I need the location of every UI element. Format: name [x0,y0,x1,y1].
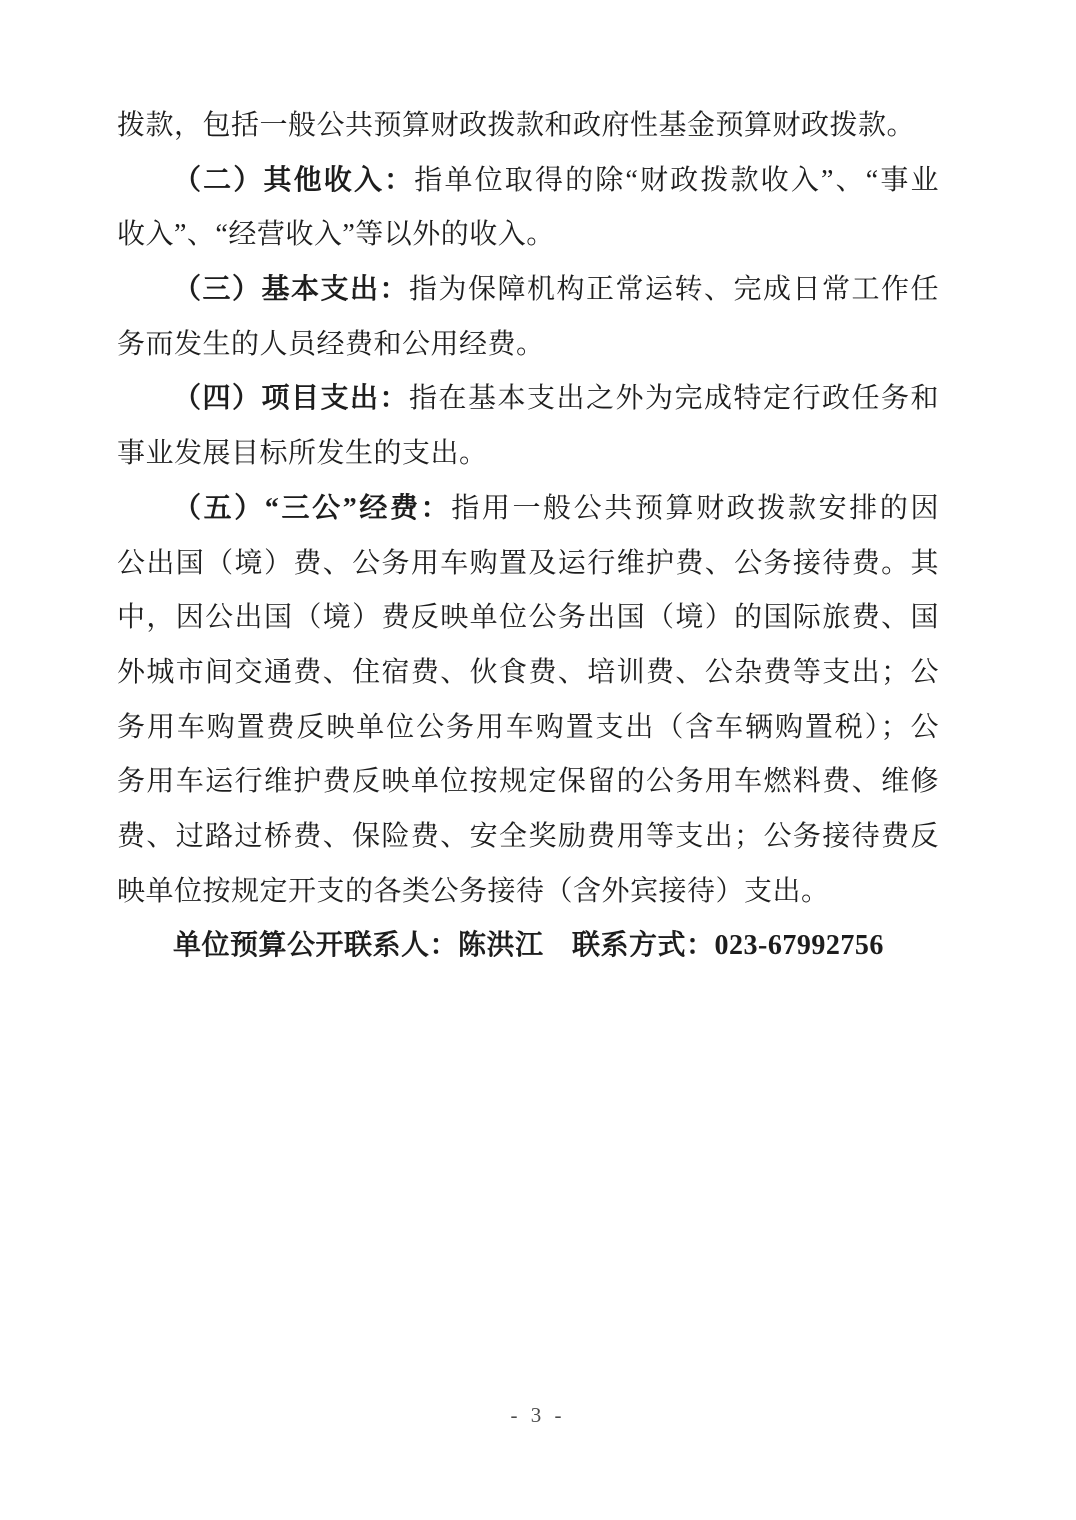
text-line: 费、过路过桥费、保险费、安全奖励费用等支出；公务接待费反 [117,810,939,865]
text-line: 务用车运行维护费反映单位按规定保留的公务用车燃料费、维修 [117,755,939,810]
line-text: 映单位按规定开支的各类公务接待（含外宾接待）支出。 [117,876,830,907]
text-line-paragraph-start: （五）“三公”经费：指用一般公共预算财政拨款安排的因 [117,482,939,537]
text-line: 拨款，包括一般公共预算财政拨款和政府性基金预算财政拨款。 [117,99,939,154]
text-line-paragraph-start: （三）基本支出：指为保障机构正常运转、完成日常工作任 [117,263,939,318]
line-text: 中，因公出国（境）费反映单位公务出国（境）的国际旅费、国 [117,602,939,633]
line-text: 公出国（境）费、公务用车购置及运行维护费、公务接待费。其 [117,548,939,579]
line-text: 务用车运行维护费反映单位按规定保留的公务用车燃料费、维修 [117,766,939,797]
contact-line: 单位预算公开联系人：陈洪江 联系方式：023-67992756 [117,919,939,974]
line-text: 务用车购置费反映单位公务用车购置支出（含车辆购置税）；公 [117,712,939,743]
text-line: 公出国（境）费、公务用车购置及运行维护费、公务接待费。其 [117,537,939,592]
line-bold-label: （三）基本支出： [173,274,409,305]
text-line: 映单位按规定开支的各类公务接待（含外宾接待）支出。 [117,865,939,920]
line-bold-label: （四）项目支出： [173,383,409,414]
line-text: 收入”、“经营收入”等以外的收入。 [117,219,555,250]
document-page: 拨款，包括一般公共预算财政拨款和政府性基金预算财政拨款。 （二）其他收入：指单位… [0,0,1076,1520]
line-text: 费、过路过桥费、保险费、安全奖励费用等支出；公务接待费反 [117,821,939,852]
text-line: 务用车购置费反映单位公务用车购置支出（含车辆购置税）；公 [117,701,939,756]
contact-text: 单位预算公开联系人：陈洪江 联系方式：023-67992756 [173,930,884,961]
line-text: 指在基本支出之外为完成特定行政任务和 [409,383,939,414]
line-text: 指用一般公共预算财政拨款安排的因 [451,493,939,524]
line-text: 务而发生的人员经费和公用经费。 [117,329,545,360]
line-bold-label: （二）其他收入： [173,165,414,196]
line-text: 外城市间交通费、住宿费、伙食费、培训费、公杂费等支出；公 [117,657,939,688]
text-line: 收入”、“经营收入”等以外的收入。 [117,208,939,263]
line-text: 指为保障机构正常运转、完成日常工作任 [409,274,939,305]
text-line: 中，因公出国（境）费反映单位公务出国（境）的国际旅费、国 [117,591,939,646]
line-text: 事业发展目标所发生的支出。 [117,438,488,469]
line-text: 拨款，包括一般公共预算财政拨款和政府性基金预算财政拨款。 [117,110,915,141]
line-text: 指单位取得的除“财政拨款收入”、“事业 [414,165,939,196]
line-bold-label: （五）“三公”经费： [173,493,451,524]
document-body: 拨款，包括一般公共预算财政拨款和政府性基金预算财政拨款。 （二）其他收入：指单位… [117,99,939,974]
text-line: 务而发生的人员经费和公用经费。 [117,318,939,373]
page-number: - 3 - [0,1403,1076,1428]
text-line-paragraph-start: （四）项目支出：指在基本支出之外为完成特定行政任务和 [117,372,939,427]
text-line: 外城市间交通费、住宿费、伙食费、培训费、公杂费等支出；公 [117,646,939,701]
text-line-paragraph-start: （二）其他收入：指单位取得的除“财政拨款收入”、“事业 [117,154,939,209]
text-line: 事业发展目标所发生的支出。 [117,427,939,482]
